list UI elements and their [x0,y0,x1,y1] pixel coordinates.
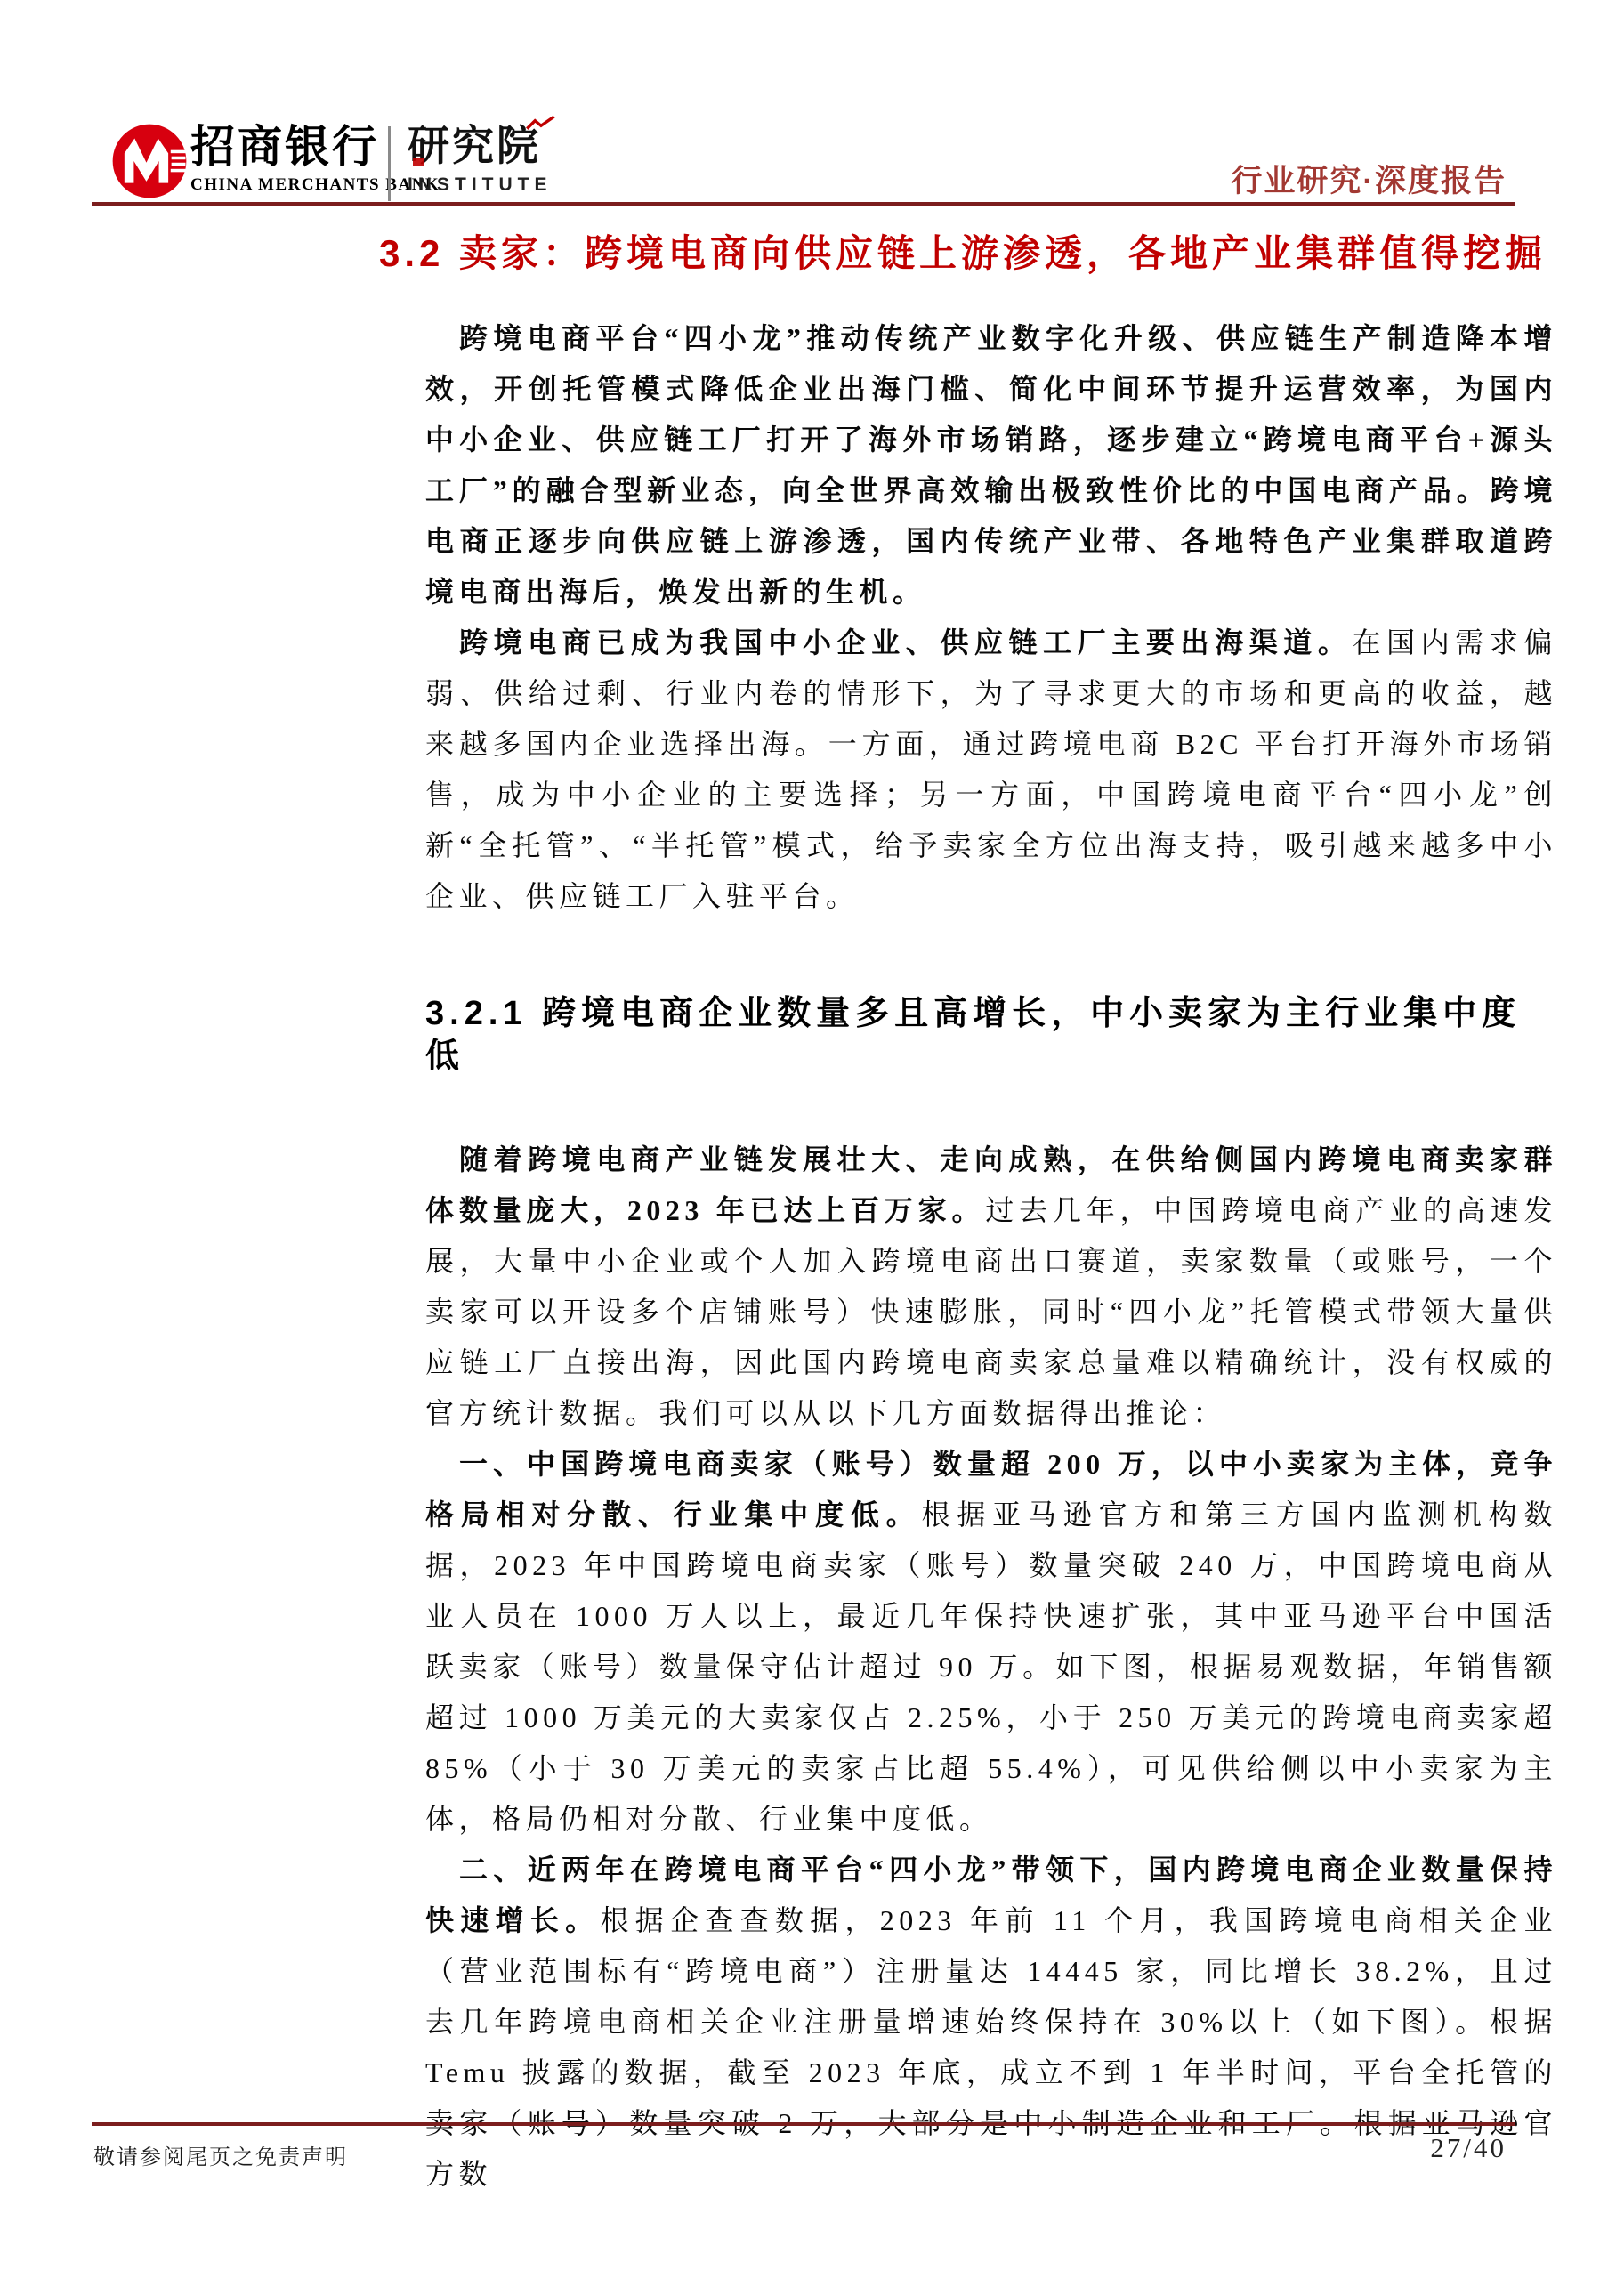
paragraph-text: 过去几年，中国跨境电商产业的高速发展，大量中小企业或个人加入跨境电商出口赛道，卖… [425,1194,1557,1429]
paragraph-text: 在国内需求偏弱、供给过剩、行业内卷的情形下，为了寻求更大的市场和更高的收益，越来… [425,626,1557,912]
institute-accent-square-icon [413,158,424,166]
paragraph: 跨境电商已成为我国中小企业、供应链工厂主要出海渠道。在国内需求偏弱、供给过剩、行… [425,618,1557,922]
report-page: 招商银行 CHINA MERCHANTS BANK 研究院 INSTITUTE … [0,0,1624,2278]
bank-name-en: CHINA MERCHANTS BANK [190,175,440,195]
paragraph: 二、近两年在跨境电商平台“四小龙”带领下，国内跨境电商企业数量保持快速增长。根据… [425,1845,1557,2200]
section-title: 3.2 卖家：跨境电商向供应链上游渗透，各地产业集群值得挖掘 [379,224,1547,278]
report-type-label: 行业研究·深度报告 [1231,157,1507,201]
paragraph: 跨境电商平台“四小龙”推动传统产业数字化升级、供应链生产制造降本增效，开创托管模… [425,313,1557,618]
paragraph-bold-text: 跨境电商平台“四小龙”推动传统产业数字化升级、供应链生产制造降本增效，开创托管模… [425,322,1557,608]
institute-name-en: INSTITUTE [408,174,553,196]
page-number: 27/40 [1430,2132,1507,2164]
disclaimer-text: 敬请参阅尾页之免责声明 [93,2139,348,2170]
report-body: 跨境电商平台“四小龙”推动传统产业数字化升级、供应链生产制造降本增效，开创托管模… [425,313,1557,2200]
logo-divider [388,126,391,201]
institute-accent-zigzag-icon [526,116,556,132]
paragraph-text: 根据亚马逊官方和第三方国内监测机构数据，2023 年中国跨境电商卖家（账号）数量… [425,1498,1557,1835]
header-rule [92,202,1515,206]
paragraph-bold-text: 跨境电商已成为我国中小企业、供应链工厂主要出海渠道。 [459,626,1353,658]
paragraph: 一、中国跨境电商卖家（账号）数量超 200 万，以中小卖家为主体，竞争格局相对分… [425,1439,1557,1845]
footer-rule [92,2122,1515,2126]
subsection-title: 3.2.1 跨境电商企业数量多且高增长，中小卖家为主行业集中度低 [425,993,1557,1078]
institute-name: 研究院 [408,123,553,169]
cmb-logo-icon [110,122,189,200]
institute-block: 研究院 INSTITUTE [408,123,553,196]
paragraph-text: 根据企查查数据，2023 年前 11 个月，我国跨境电商相关企业（营业范围标有“… [425,1904,1557,2190]
paragraph: 随着跨境电商产业链发展壮大、走向成熟，在供给侧国内跨境电商卖家群体数量庞大，20… [425,1135,1557,1439]
bank-name: 招商银行 [190,123,440,172]
bank-logo-text: 招商银行 CHINA MERCHANTS BANK [190,123,440,195]
institute-name-text: 研究院 [408,122,541,169]
